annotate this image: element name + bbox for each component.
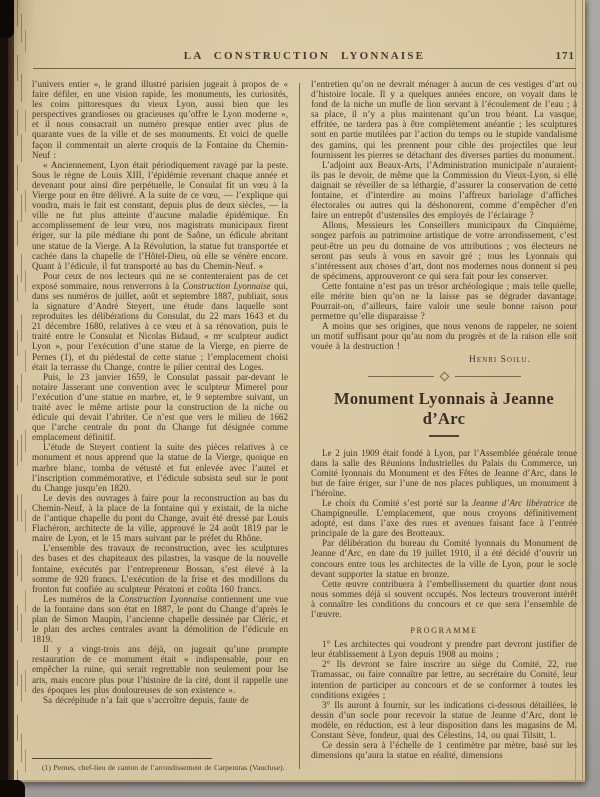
paragraph: Le choix du Comité s’est porté sur la Je…: [311, 498, 577, 538]
paragraph: Cette fontaine n’est pas un trésor arché…: [311, 281, 577, 321]
divider-line: [368, 376, 434, 377]
diamond-ornament-icon: [439, 371, 449, 381]
stitch-mark: [25, 0, 26, 780]
paragraph: Les numéros de la Construction Lyonnaise…: [32, 594, 288, 644]
magazine-page: LA CONSTRUCTION LYONNAISE 171 l’univers …: [13, 0, 585, 782]
footnote: (1) Pernes, chef-lieu de canton de l’arr…: [32, 763, 288, 772]
page-number: 171: [556, 49, 576, 64]
paragraph: Il y a vingt-trois ans déjà, on jugeait …: [32, 644, 288, 694]
paragraph: Le 2 juin 1909 était fondé à Lyon, par l…: [311, 448, 577, 498]
paragraph: L’étude de Steyert contient la suite des…: [32, 442, 288, 492]
book-spine-shadow: [8, 0, 14, 797]
book-spine: [0, 0, 8, 797]
paragraph: Cette œuvre contribuera à l’embellisseme…: [311, 579, 577, 619]
stitch-mark: [17, 0, 18, 780]
paragraph: Par délibération du bureau du Comité lyo…: [311, 538, 577, 578]
left-column: l’univers entier », le grand illustré pa…: [32, 79, 288, 775]
divider-line: [455, 376, 521, 377]
footnote-block: (1) Pernes, chef-lieu de canton de l’arr…: [32, 758, 288, 775]
paragraph: Puis, le 23 janvier 1659, le Consulat pa…: [32, 372, 288, 443]
page-gutter: [13, 0, 33, 780]
paragraph: l’entretien qu’on ne devrait ménager à a…: [311, 79, 577, 160]
programme-item: 1° Les architectes qui voudront y prendr…: [311, 639, 577, 659]
column-divider: [299, 83, 300, 769]
header-rule: [33, 68, 576, 69]
journal-title: LA CONSTRUCTION LYONNAISE: [32, 49, 577, 64]
article-text: Le 2 juin 1909 était fondé à Lyon, par l…: [311, 448, 577, 620]
page-header: LA CONSTRUCTION LYONNAISE 171: [32, 49, 577, 65]
right-column: l’entretien qu’on ne devrait ménager à a…: [311, 79, 577, 775]
paragraph: Le devis des ouvrages à faire pour la re…: [32, 493, 288, 543]
text-columns: l’univers entier », le grand illustré pa…: [32, 79, 577, 775]
article-title: Monument Lyonnais à Jeanne d’Arc: [311, 389, 577, 429]
scan-corner-mark: [0, 780, 25, 797]
programme-item: 3° Ils auront à fournir, sur les indicat…: [311, 700, 577, 740]
paragraph: L’ensemble des travaux de reconstruction…: [32, 543, 288, 593]
page-content: LA CONSTRUCTION LYONNAISE 171 l’univers …: [32, 0, 577, 780]
programme-heading: PROGRAMME: [311, 626, 577, 635]
scan-corner-mark: [0, 0, 14, 38]
paragraph: Pour ceux de nos lecteurs qui ne se cont…: [32, 271, 288, 372]
stitch-mark: [21, 0, 22, 780]
paragraph: L’adjoint aux Beaux-Arts, l’Administrati…: [311, 160, 577, 221]
paragraph: Sa décrépitude n’a fait que s’accroître …: [32, 695, 288, 705]
author-signature: Henri Soilu.: [311, 355, 577, 365]
footnote-rule: [32, 758, 212, 759]
programme-items: 1° Les architectes qui voudront y prendr…: [311, 639, 577, 760]
programme-item: Ce dessin sera à l’échelle de 1 centimèt…: [311, 740, 577, 760]
paragraph: Allons, Messieurs les Conseillers munici…: [311, 220, 577, 281]
programme-item: 2° Ils devront se faire inscrire au sièg…: [311, 659, 577, 699]
right-column-text: l’entretien qu’on ne devrait ménager à a…: [311, 79, 577, 352]
paragraph: « Anciennement, Lyon était périodiquemen…: [32, 160, 288, 271]
left-column-text: l’univers entier », le grand illustré pa…: [32, 79, 288, 705]
section-divider: [311, 373, 577, 380]
article-title-rule: [429, 435, 459, 437]
paragraph: A moins que ses origines, que nous venon…: [311, 321, 577, 351]
paragraph: l’univers entier », le grand illustré pa…: [32, 79, 288, 160]
scanned-page: LA CONSTRUCTION LYONNAISE 171 l’univers …: [0, 0, 600, 797]
